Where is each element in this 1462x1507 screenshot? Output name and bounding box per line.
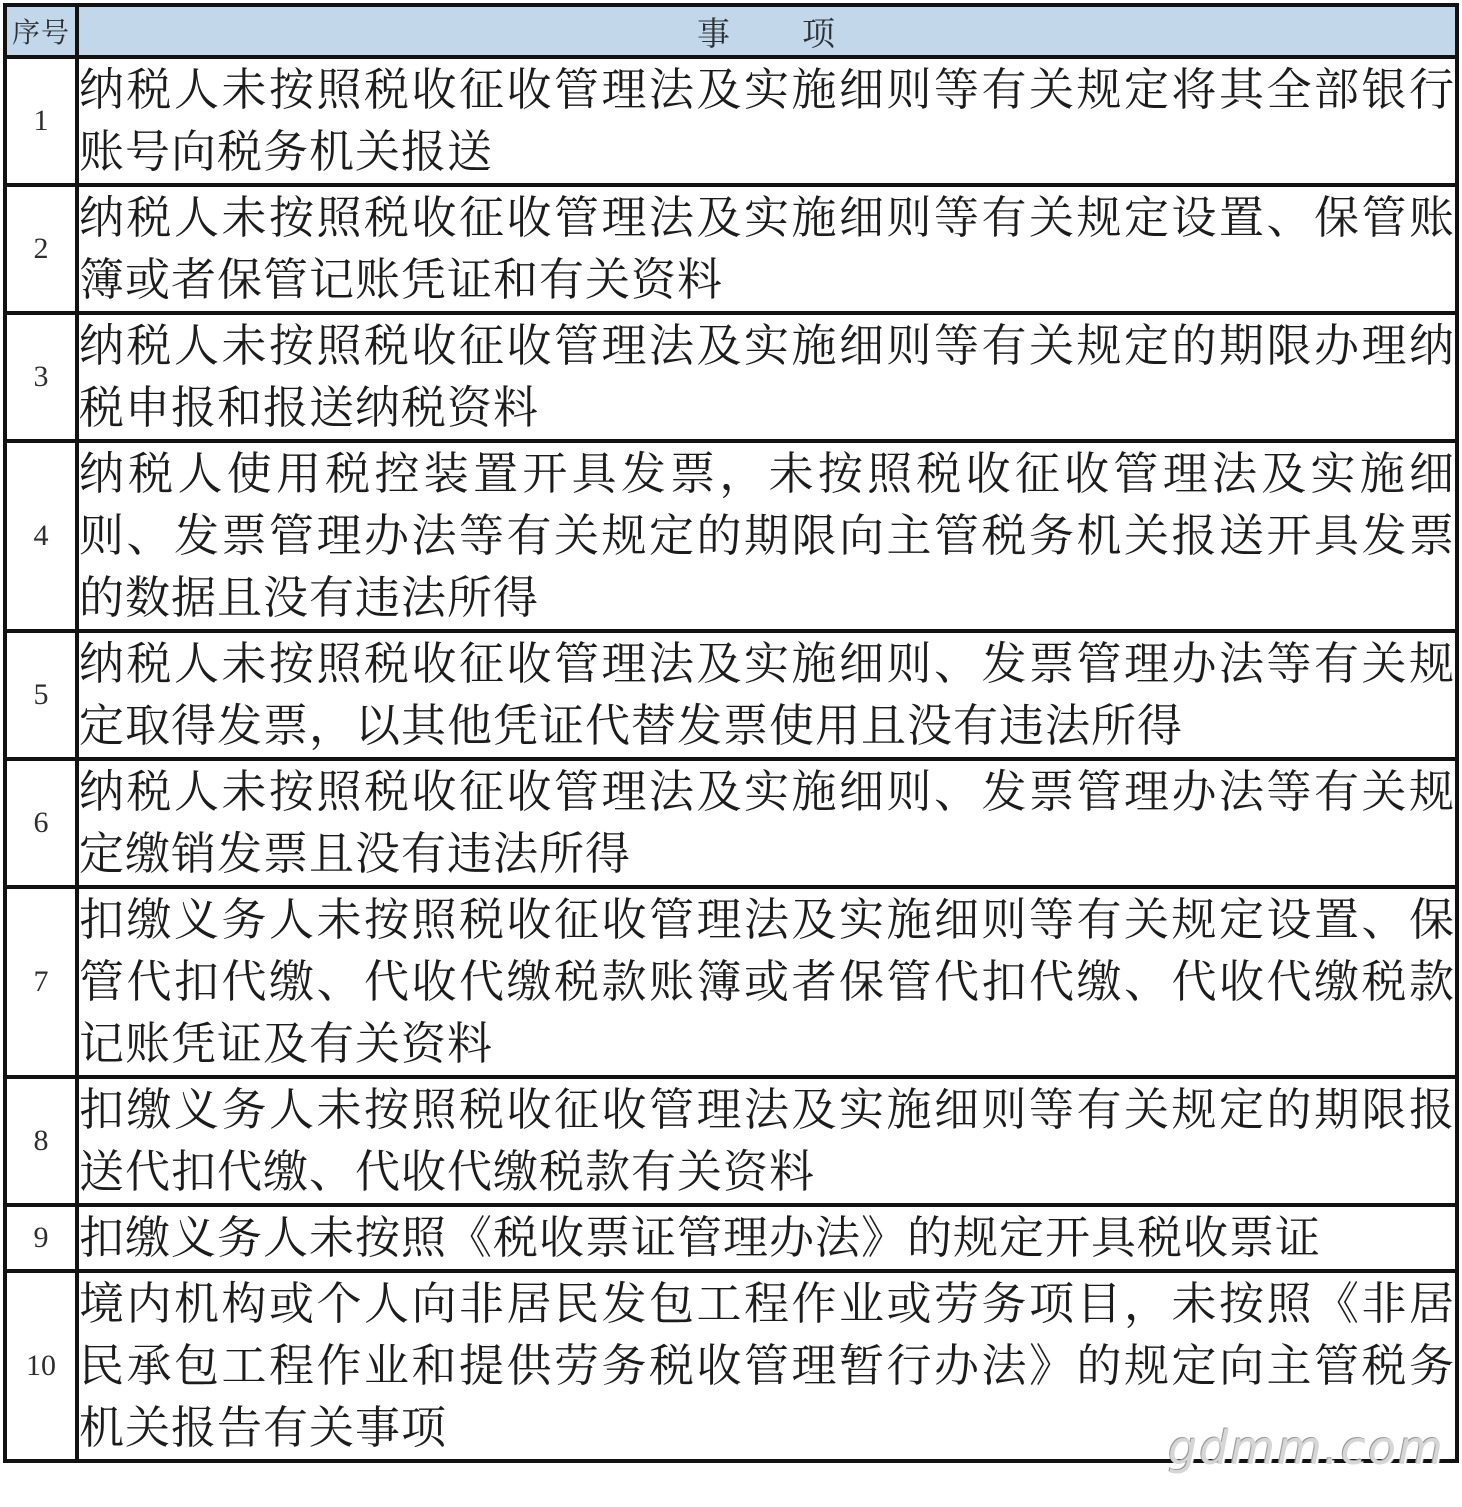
row-number: 5 — [5, 631, 77, 759]
row-item-text: 扣缴义务人未按照税收征收管理法及实施细则等有关规定的期限报送代扣代缴、代收代缴税… — [77, 1077, 1457, 1205]
table-row: 1 纳税人未按照税收征收管理法及实施细则等有关规定将其全部银行账号向税务机关报送 — [5, 57, 1457, 185]
row-item-text: 扣缴义务人未按照《税收票证管理办法》的规定开具税收票证 — [77, 1205, 1457, 1271]
table-row: 5 纳税人未按照税收征收管理法及实施细则、发票管理办法等有关规定取得发票，以其他… — [5, 631, 1457, 759]
row-number: 6 — [5, 759, 77, 887]
items-table: 序号 事 项 1 纳税人未按照税收征收管理法及实施细则等有关规定将其全部银行账号… — [3, 3, 1459, 1463]
column-header-item: 事 项 — [77, 5, 1457, 57]
row-item-text: 纳税人未按照税收征收管理法及实施细则、发票管理办法等有关规定缴销发票且没有违法所… — [77, 759, 1457, 887]
table-row: 2 纳税人未按照税收征收管理法及实施细则等有关规定设置、保管账簿或者保管记账凭证… — [5, 185, 1457, 313]
row-item-text: 扣缴义务人未按照税收征收管理法及实施细则等有关规定设置、保管代扣代缴、代收代缴税… — [77, 887, 1457, 1077]
row-item-text: 纳税人未按照税收征收管理法及实施细则等有关规定的期限办理纳税申报和报送纳税资料 — [77, 313, 1457, 441]
row-item-text: 纳税人未按照税收征收管理法及实施细则、发票管理办法等有关规定取得发票，以其他凭证… — [77, 631, 1457, 759]
row-item-text: 纳税人未按照税收征收管理法及实施细则等有关规定设置、保管账簿或者保管记账凭证和有… — [77, 185, 1457, 313]
row-number: 3 — [5, 313, 77, 441]
table-row: 3 纳税人未按照税收征收管理法及实施细则等有关规定的期限办理纳税申报和报送纳税资… — [5, 313, 1457, 441]
page: 序号 事 项 1 纳税人未按照税收征收管理法及实施细则等有关规定将其全部银行账号… — [0, 3, 1462, 1507]
row-number: 4 — [5, 441, 77, 631]
watermark: gdmm.com — [1168, 1421, 1445, 1475]
row-item-text: 纳税人使用税控装置开具发票，未按照税收征收管理法及实施细则、发票管理办法等有关规… — [77, 441, 1457, 631]
row-number: 2 — [5, 185, 77, 313]
column-header-no: 序号 — [5, 5, 77, 57]
table-row: 6 纳税人未按照税收征收管理法及实施细则、发票管理办法等有关规定缴销发票且没有违… — [5, 759, 1457, 887]
row-number: 10 — [5, 1271, 77, 1461]
row-number: 8 — [5, 1077, 77, 1205]
row-number: 1 — [5, 57, 77, 185]
table-row: 9 扣缴义务人未按照《税收票证管理办法》的规定开具税收票证 — [5, 1205, 1457, 1271]
row-number: 7 — [5, 887, 77, 1077]
row-item-text: 纳税人未按照税收征收管理法及实施细则等有关规定将其全部银行账号向税务机关报送 — [77, 57, 1457, 185]
table-row: 8 扣缴义务人未按照税收征收管理法及实施细则等有关规定的期限报送代扣代缴、代收代… — [5, 1077, 1457, 1205]
table-header-row: 序号 事 项 — [5, 5, 1457, 57]
table-row: 7 扣缴义务人未按照税收征收管理法及实施细则等有关规定设置、保管代扣代缴、代收代… — [5, 887, 1457, 1077]
table-row: 4 纳税人使用税控装置开具发票，未按照税收征收管理法及实施细则、发票管理办法等有… — [5, 441, 1457, 631]
row-number: 9 — [5, 1205, 77, 1271]
